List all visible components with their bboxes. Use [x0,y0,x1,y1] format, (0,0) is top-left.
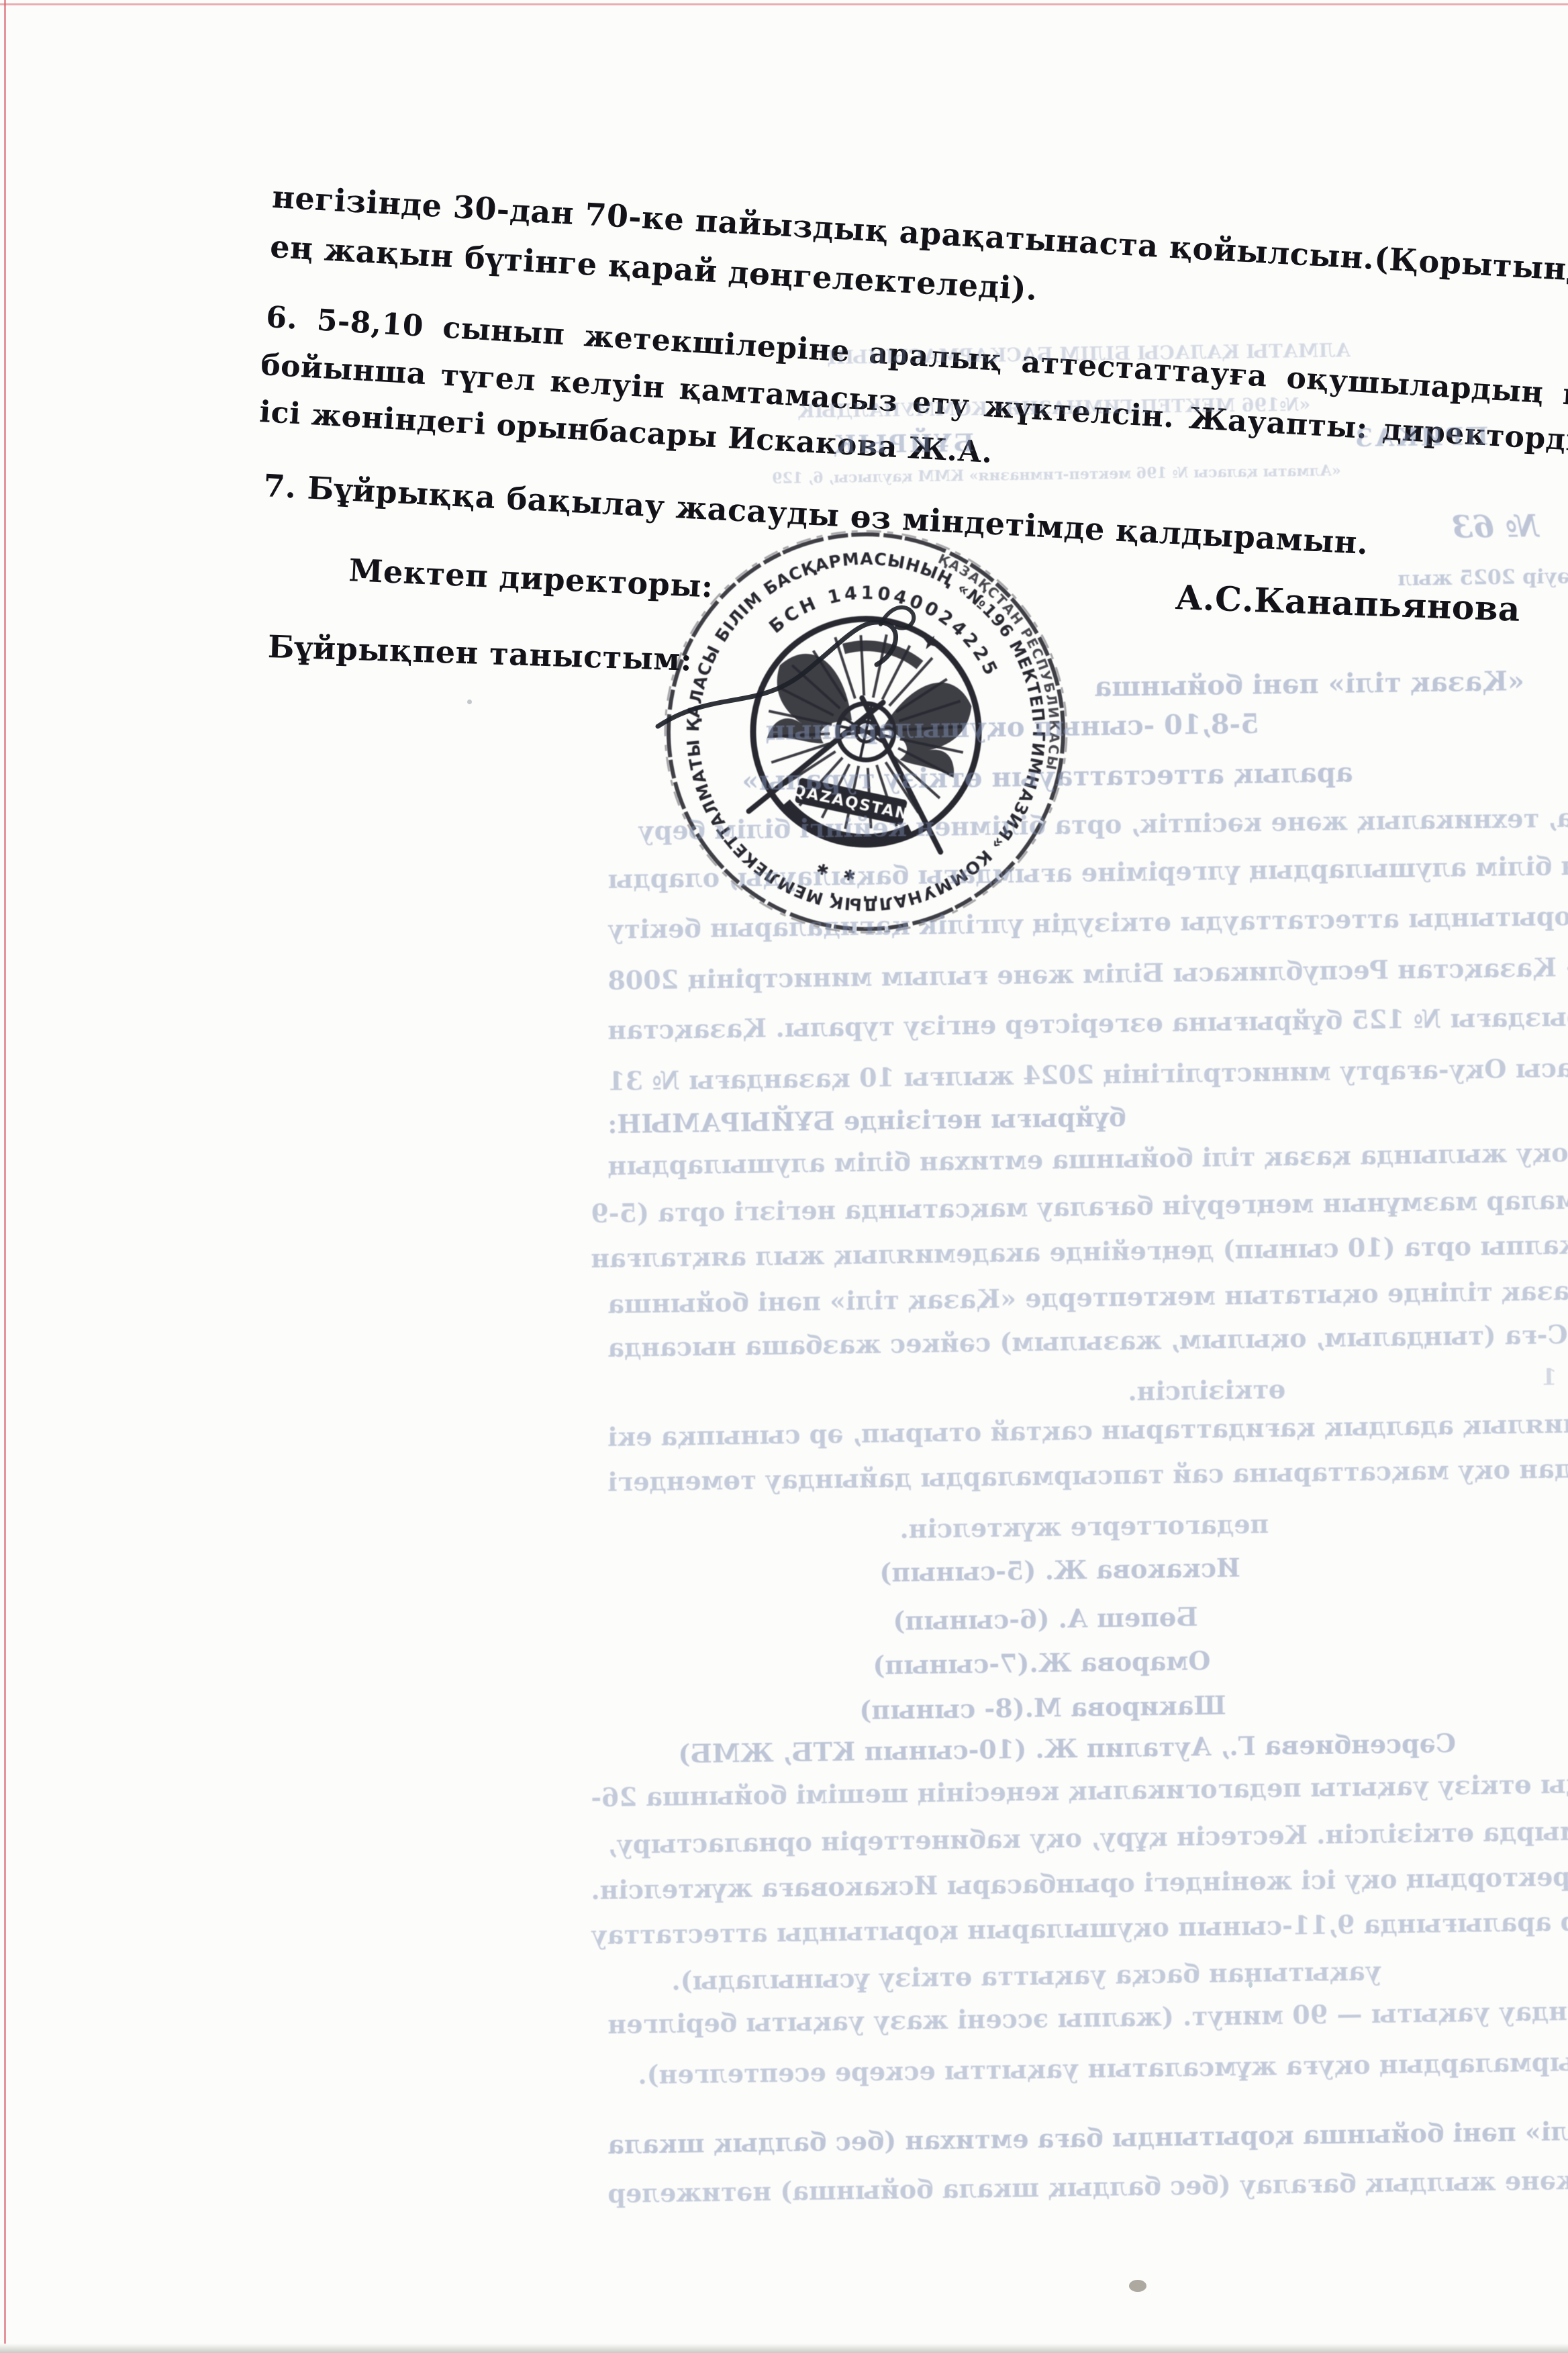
bleed-order-word-kk: БҰЙРЫҚ [831,429,974,459]
bleed-order-date: « 28 » сәуір 2025 жыл [1398,564,1568,591]
bleed-line: өткізілсін. [1128,1374,1285,1406]
bleed-line: Бөпеш А. (6-сынып) [893,1602,1198,1636]
bleed-line: Омарова Ж.(7-сынып) [873,1645,1211,1680]
bleed-page-mark: 1 [1541,1364,1557,1391]
scanned-order-page: негізінде 30-дан 70-ке пайыздық арақатын… [0,0,1568,2353]
bleed-line: «Қазақ тілі» пәні бойынша [1094,665,1524,703]
bleed-line: Искакова Ж. (5-сынып) [879,1552,1240,1588]
bleed-line: Шакирова М.(8- сынып) [859,1690,1226,1725]
bleed-order-number: № 63 [1451,508,1539,545]
bleed-order-word-ru: ПРИКАЗ [1353,422,1489,452]
bleed-line: педагогтерге жүктелсін. [899,1508,1269,1544]
